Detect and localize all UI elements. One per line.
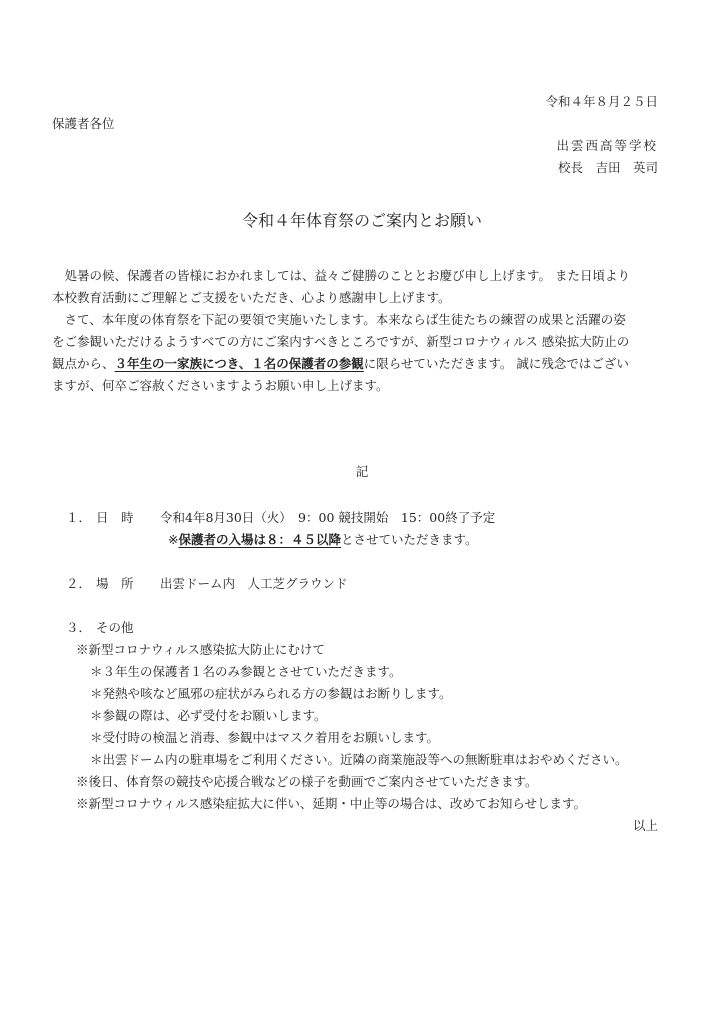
recipient: 保護者各位 [52,114,115,132]
item-value: 令和4年8月30日（火） 9：00 競技開始 15：00終了予定 [160,508,495,526]
body-line: をご参観いただけるようすべての方にご案内すべきところですが、新型コロナウィルス … [52,332,629,350]
ki-heading: 記 [0,462,724,480]
item-label: 場 所 [96,574,134,592]
bullet-item: ＊受付時の検温と消毒、参観中はマスク着用をお願いします。 [90,728,439,746]
school-name: 出雲西高等学校 [556,136,658,154]
note-item: ※新型コロナウィルス感染症拡大に伴い、延期・中止等の場合は、改めてお知らせします… [76,794,586,812]
note-mark: ※ [168,532,178,547]
emphasis-text: ３年生の一家族につき、１名の保護者の参観 [115,356,364,371]
bullet-item: ＊３年生の保護者１名のみ参観とさせていただきます。 [90,662,402,680]
other-heading: ※新型コロナウィルス感染拡大防止にむけて [76,640,325,658]
bullet-item: ＊参観の際は、必ず受付をお願いします。 [90,706,327,724]
bullet-item: ＊出雲ドーム内の駐車場をご利用ください。近隣の商業施設等への無断駐車はおやめくだ… [90,750,628,768]
body-text-span: に限らせていただきます。 誠に残念ではござい [364,356,629,371]
bullet-item: ＊発熱や咳など風邪の症状がみられる方の参観はお断りします。 [90,684,452,702]
entry-note: ※保護者の入場は８：４５以降とさせていただきます。 [168,530,478,548]
item-label: 日 時 [96,508,134,526]
item-label: その他 [96,618,134,636]
note-text: とさせていただきます。 [341,532,478,547]
body-line: ますが、何卒ご容赦くださいますようお願い申し上げます。 [52,376,389,394]
document-title: 令和４年体育祭のご案内とお願い [0,208,724,231]
body-text-span: 観点から、 [52,356,115,371]
body-line: 処暑の候、保護者の皆様におかれましては、益々ご健勝のこととお慶び申し上げます。 … [52,266,630,284]
closing-mark: 以上 [633,816,658,834]
item-value: 出雲ドーム内 人工芝グラウンド [160,574,348,592]
principal-name: 校長 吉田 英司 [558,158,658,176]
note-item: ※後日、体育祭の競技や応援合戦などの様子を動画でご案内させていただきます。 [76,772,538,790]
item-number: １． [66,508,91,526]
body-line: 観点から、３年生の一家族につき、１名の保護者の参観に限らせていただきます。 誠に… [52,354,629,372]
item-number: ３． [66,618,91,636]
emphasis-text: 保護者の入場は８：４５以降 [178,532,341,547]
issue-date: 令和４年８月２５日 [545,92,658,110]
body-line: さて、本年度の体育祭を下記の要領で実施いたします。本来ならば生徒たちの練習の成果… [52,310,626,328]
item-number: ２． [66,574,91,592]
body-line: 本校教育活動にご理解とご支援をいただき、心より感謝申し上げます。 [52,288,451,306]
